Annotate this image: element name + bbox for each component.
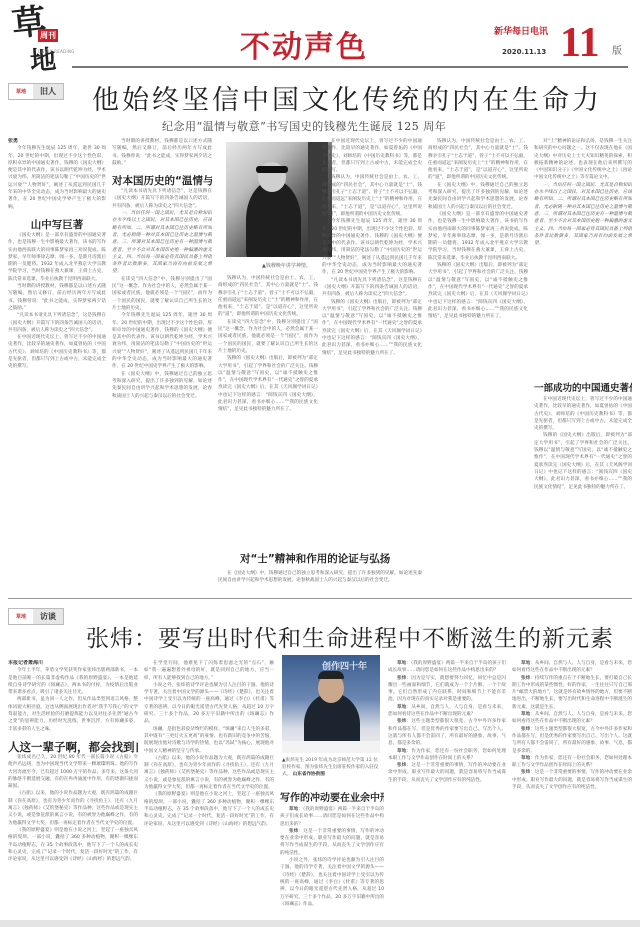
qa-item: 草地：作为作家，您还有一份社会职务，您如何处理本职工作与文学作品创作在时间上的关… <box>512 755 632 770</box>
qa-item: 张炜：持续写作的重点在于不断地生长，要打破自己长期工作中形成的某些惯性。好的作家… <box>512 675 632 711</box>
paragraph: 在读史“四大信念”中，钱穆分别提出了“国民”这一概念，作为社会中的人，必然会属于… <box>112 276 212 312</box>
issue-date: 2020.11.13 <box>502 48 546 56</box>
logo-calligraphy-bottom: 地 <box>29 39 58 78</box>
column-tag-fangtan: 草地 访谈 <box>8 608 64 625</box>
paragraph: 在《国史大纲》中，钱穆通过自己的独立思考和深入研究，提出了许多独到的见解，如论述… <box>428 182 528 211</box>
tag-logo-icon: 草地 <box>9 609 33 624</box>
qa-item: 草地：从乡间、自然与人、人与自身，是看与未来，您如何看待这些在作品中不断出现的元… <box>512 711 632 726</box>
photo2-caption: ▲张炜先生 2019 年成为北京师范大学第 12 位驻校作家，图为张炜先生出席驻… <box>282 757 380 778</box>
masthead: 草 地 周刊 LIVELY READING 不动声色 新华每日电讯 2020.1… <box>0 0 640 72</box>
lively-reading-label: LIVELY READING <box>38 49 75 54</box>
paragraph: 钱穆的《国史大纲》出版后，即被列为“部定大学用书”，引起了学界和社会的广泛关注。… <box>218 355 318 413</box>
paragraph: “凡读本书请先具下列诸信念”，这是钱穆在《国史大纲》开篇写下的四条告诫国人的话语… <box>8 312 106 334</box>
paragraph: 今年上半年，茅盾文学奖获奖作家张炜出版两部新书，一本是他目前唯一的长篇非虚构作品… <box>8 667 138 696</box>
article1-column-6: 对“士”精神的论证和弘扬，是钱穆一生关注和研究的中心问题之一。这不仅表现在他在《… <box>534 138 632 375</box>
paragraph: 钱穆的《国史大纲》出版后，即被列为“部定大学用书”，引起了学界和社会的广泛关注。… <box>322 299 422 357</box>
article1-column-5: 钱穆认为，中国传统社会是由士、农、工、商组成的“四民社会”，其中心力量就是“士”… <box>428 138 528 593</box>
qa-item: 草地：《我的原野盛宴》两篇一半来自于半岛的孩子们成长故事……请问您是如何在这些作… <box>388 660 506 675</box>
article-divider <box>8 598 632 599</box>
article2-column-1: 本报记者萧海川 今年上半年，茅盾文学奖获奖作家张炜出版两部新书，一本是他目前唯一… <box>8 660 138 920</box>
paragraph: 在中国近现代史坛上，曾写过不少的中国通史著作，比较早的通史著作，如夏曾佑的《中国… <box>8 334 106 370</box>
article1-subhead: 纪念用“温情与敬意”书写国史的钱穆先生诞辰 125 周年 <box>162 118 446 134</box>
masthead-rule <box>72 66 628 68</box>
article1-column-1: 张勇 今年钱穆先生诞辰 125 周年，逝世 30 周年。20 世纪的中期，出现过… <box>8 138 106 593</box>
section-heading-b: 写作的冲动要在业余中形成 <box>280 792 384 806</box>
tag-label: 旧人 <box>33 84 63 99</box>
column-tag-jiuren: 草地 旧人 <box>8 83 64 100</box>
article1-column-6b: 一部成功的中国通史著作 在中国近现代史坛上，曾写过不少的中国通史著作，比较早的通… <box>534 375 632 593</box>
qa-item: 张炜：这是一个非常重要的事情，写作的冲动要在业余中形成。职业写作最大的问题，就是… <box>280 828 384 857</box>
qa-item: 草地：作为作家，您还有一份社会职务，您如何处理本职工作与文学作品创作在时间上的关… <box>388 748 506 763</box>
paragraph: 《古船》以来，他的小说作品题为大观，既有鸿篇的成籍巨制《你在高原》，也有为青少年… <box>144 755 274 791</box>
paragraph: 在中国近现代史坛上，曾写过不少的中国通史著作，比较早的通史著作，如夏曾佑的《中国… <box>322 138 422 174</box>
qa-item: 张炜：这些主题类型都很大很宽，古今中外许多作家和作品都在写，但是优秀的作家要写出… <box>512 726 632 755</box>
article1-column-2: 当时期的讲授教材，钱穆都是以口述方式随写随编，然后又修订，前后经历两年方写成此书… <box>112 138 212 593</box>
zhang-wei-photo: 创作四十年 <box>282 655 380 753</box>
paragraph: 两部新书，虽为同一人之作，但从作品类型到语言风格，整体风貌大相径庭。这也从侧面展… <box>8 696 138 732</box>
qa-item: 草地：从乡间、自然与人、人与自身，是看与未来，您如何看待这些在作品中不断出现的元… <box>388 704 506 719</box>
paragraph: 张炜成名已久，20 世纪 80 年代一部长篇小说《古船》令他声名远扬，也为中国现… <box>8 754 138 790</box>
paragraph: 《古船》以来，他的小说作品题为大观，既有鸿篇的成籍巨制《你在高原》，也有为青少年… <box>8 790 138 826</box>
paragraph: 《国史大纲》是一部享有盛誉的中国通史著作，也是钱穆一生中影响最大著作，该书的写作… <box>428 211 528 262</box>
paragraph: 在读史“四大信念”中，钱穆分别提出了“国民”这一概念，作为社会中的人，必然会属于… <box>218 319 318 355</box>
section-heading-a: 人这一辈子啊，都会找到自己的地方 <box>8 740 138 754</box>
page-bottom-edge <box>0 920 640 927</box>
section-heading-3: 对“士”精神和作用的论证与弘扬 <box>240 552 422 566</box>
qa-item: 张炜：这些主题类型都很大很宽，古今中外许多作家和作品都在写，但是优秀的作家要写出… <box>388 718 506 747</box>
four-beliefs-quote: 一、当信任何一国之国民，尤其是自称知识在水平线以上之国民，对其本国已往历史，应该… <box>112 210 212 276</box>
paragraph: 小说之外，张炜的诗学评论也颇为引人注目的干涸。他的诗学专著，关注着中国文学的源头… <box>280 857 384 908</box>
tag-logo-icon: 草地 <box>9 84 33 99</box>
paragraph: 斑斓，是指色彩驳杂绚烂的模样。“斑斓”来自人生的多彩，其中既有“三更灯火五更鸡”… <box>144 726 274 755</box>
article2-column-3: 写作的冲动要在业余中形成 草地：《我的原野盛宴》两篇一半来自于半岛的孩子们成长故… <box>280 785 384 920</box>
article1-section-3-block: 对“士”精神和作用的论证与弘扬 在《国史大纲》中，钱穆通过自己的独立思考和深入研… <box>218 548 422 598</box>
article1-intro: 今年钱穆先生诞辰 125 周年，逝世 30 周年。20 世纪的中期，出现过不少这… <box>8 145 106 211</box>
page-suffix: 版 <box>612 42 622 57</box>
paragraph: 当时期的讲授教材，钱穆都是以口述方式随写随编，然后又修订，前后经历两年方写成此书… <box>112 138 212 167</box>
paragraph: 当时期的讲授教材，钱穆都是以口述方式随写随编，然后又修订，前后经历两年方写成此书… <box>8 283 106 312</box>
paragraph: 在《国史大纲》中，钱穆通过自己的独立思考和深入研究，提出了许多独到的见解，如论述… <box>112 371 212 400</box>
paragraph: 今年钱穆先生诞辰 125 周年，逝世 30 周年。20 世纪的中期，出现过不少这… <box>322 218 422 276</box>
section-heading-2: 对本国历史的“温情与敬意” <box>112 174 212 188</box>
paragraph: 小说之外，张炜的诗学评论也颇为引人注目的干涸。他的诗学专著，关注着中国文学的源头… <box>144 682 274 726</box>
qa-item: 草地：从乡间、自然与人、人与自身，是看与未来，您如何看待这些在作品中不断出现的元… <box>512 660 632 675</box>
article1-column-3: 钱穆认为，中国传统社会是由士、农、工、商组成的“四民社会”，其中心力量就是“士”… <box>218 275 318 545</box>
paragraph: 钱穆的《国史大纲》出版后，即被列为“部定大学用书”，引起了学界和社会的广泛关注。… <box>428 262 528 320</box>
article2-column-4: 草地：《我的原野盛宴》两篇一半来自于半岛的孩子们成长故事……请问您是如何在这些作… <box>388 660 506 920</box>
paragraph: 在学堂行间，他难免下了闪烁着思虑之光的“点石”，触如“我一遍遍想着外祖母的好，就… <box>144 660 274 682</box>
qian-mu-photo <box>226 142 332 257</box>
article2-headline: 张炜：要写出时代和生命进程中不断滋生的新元素 <box>86 620 614 653</box>
photo1-caption: ▲钱穆晚年讲学神情。 <box>262 262 311 269</box>
paragraph: 《我的原野盛宴》则是他在小说之河上，竖起了一座独具风格的堤坝。一部小说，囊括了 … <box>144 791 274 827</box>
paragraph: 在中国近现代史坛上，曾写过不少的中国通史著作，比较早的通史著作，如夏曾佑的《中国… <box>534 396 632 432</box>
tag-label: 访谈 <box>33 609 63 624</box>
photo2-credit: 山东省作协供图 <box>293 772 325 777</box>
paragraph: “凡读本书请先具下列诸信念”，这是钱穆在《国史大纲》开篇写下的四条告诫国人的话语… <box>322 277 422 299</box>
article2-column-2: 在学堂行间，他难免下了闪烁着思虑之光的“点石”，触如“我一遍遍想着外祖母的好，就… <box>144 660 274 920</box>
article2-byline: 本报记者萧海川 <box>8 660 138 667</box>
section-title: 不动声色 <box>240 22 368 66</box>
paper-name: 新华每日电讯 <box>494 24 548 37</box>
paragraph: 钱穆的《国史大纲》出版后，即被列为“部定大学用书”，引起了学界和社会的广泛关注。… <box>534 432 632 490</box>
qa-item: 草地：《我的原野盛宴》两篇一半来自于半岛的孩子们成长故事……请问您是如何在这些作… <box>280 806 384 828</box>
section-heading-1: 山中写巨著 <box>8 218 106 232</box>
qa-item: 张炜：因为是写实，就想要努力回忆，回忆中总是闪耀出一些画面和细节，它们就成为一个… <box>388 675 506 704</box>
paragraph: 在《国史大纲》中，钱穆通过自己的独立思考和深入研究，提出了许多独到的见解，如论述… <box>218 570 422 585</box>
paragraph: 《我的原野盛宴》则是他在小说之河上，竖起了一座独具风格的堤坝。一部小说，囊括了 … <box>8 827 138 863</box>
paragraph: 今年钱穆先生诞辰 125 周年，逝世 30 周年。20 世纪的中期，出现过不少这… <box>112 312 212 370</box>
qa-item: 张炜：这是一个非常重要的事情，写作的冲动要在业余中形成。职业写作最大的问题，就是… <box>388 762 506 784</box>
article1-headline: 他始终坚信中国文化传统的内在生命力 <box>92 78 602 117</box>
paragraph: 《国史大纲》是一部享有盛誉的中国通史著作，也是钱穆一生中影响最大著作，该书的写作… <box>8 232 106 283</box>
paragraph: 钱穆认为，中国传统社会是由士、农、工、商组成的“四民社会”，其中心力量就是“士”… <box>218 275 318 319</box>
page-number: 11 <box>560 22 600 64</box>
paragraph: 钱穆认为，中国传统社会是由士、农、工、商组成的“四民社会”，其中心力量就是“士”… <box>322 174 422 218</box>
paragraph: 钱穆认为，中国传统社会是由士、农、工、商组成的“四民社会”，其中心力量就是“士”… <box>428 138 528 182</box>
article1-column-4: 在中国近现代史坛上，曾写过不少的中国通史著作，比较早的通史著作，如夏曾佑的《中国… <box>322 138 422 548</box>
paragraph: “凡读本书请先具下列诸信念”，这是钱穆在《国史大纲》开篇写下的四条告诫国人的话语… <box>112 188 212 210</box>
section-heading-4: 一部成功的中国通史著作 <box>534 382 632 396</box>
paragraph: 一、当信任何一国之国民，尤其是自称知识在水平线以上之国民，对其本国已往历史，应该… <box>534 182 632 248</box>
paragraph: 对“士”精神的论证和弘扬，是钱穆一生关注和研究的中心问题之一。这不仅表现在他在《… <box>534 138 632 182</box>
qa-item: 张炜：这是一个非常重要的事情，写作的冲动要在业余中形成。职业写作最大的问题，就是… <box>512 769 632 791</box>
weekly-badge: 周刊 <box>38 29 58 42</box>
article2-column-5: 草地：从乡间、自然与人、人与自身，是看与未来，您如何看待这些在作品中不断出现的元… <box>512 660 632 920</box>
article1-byline: 张勇 <box>8 138 106 145</box>
